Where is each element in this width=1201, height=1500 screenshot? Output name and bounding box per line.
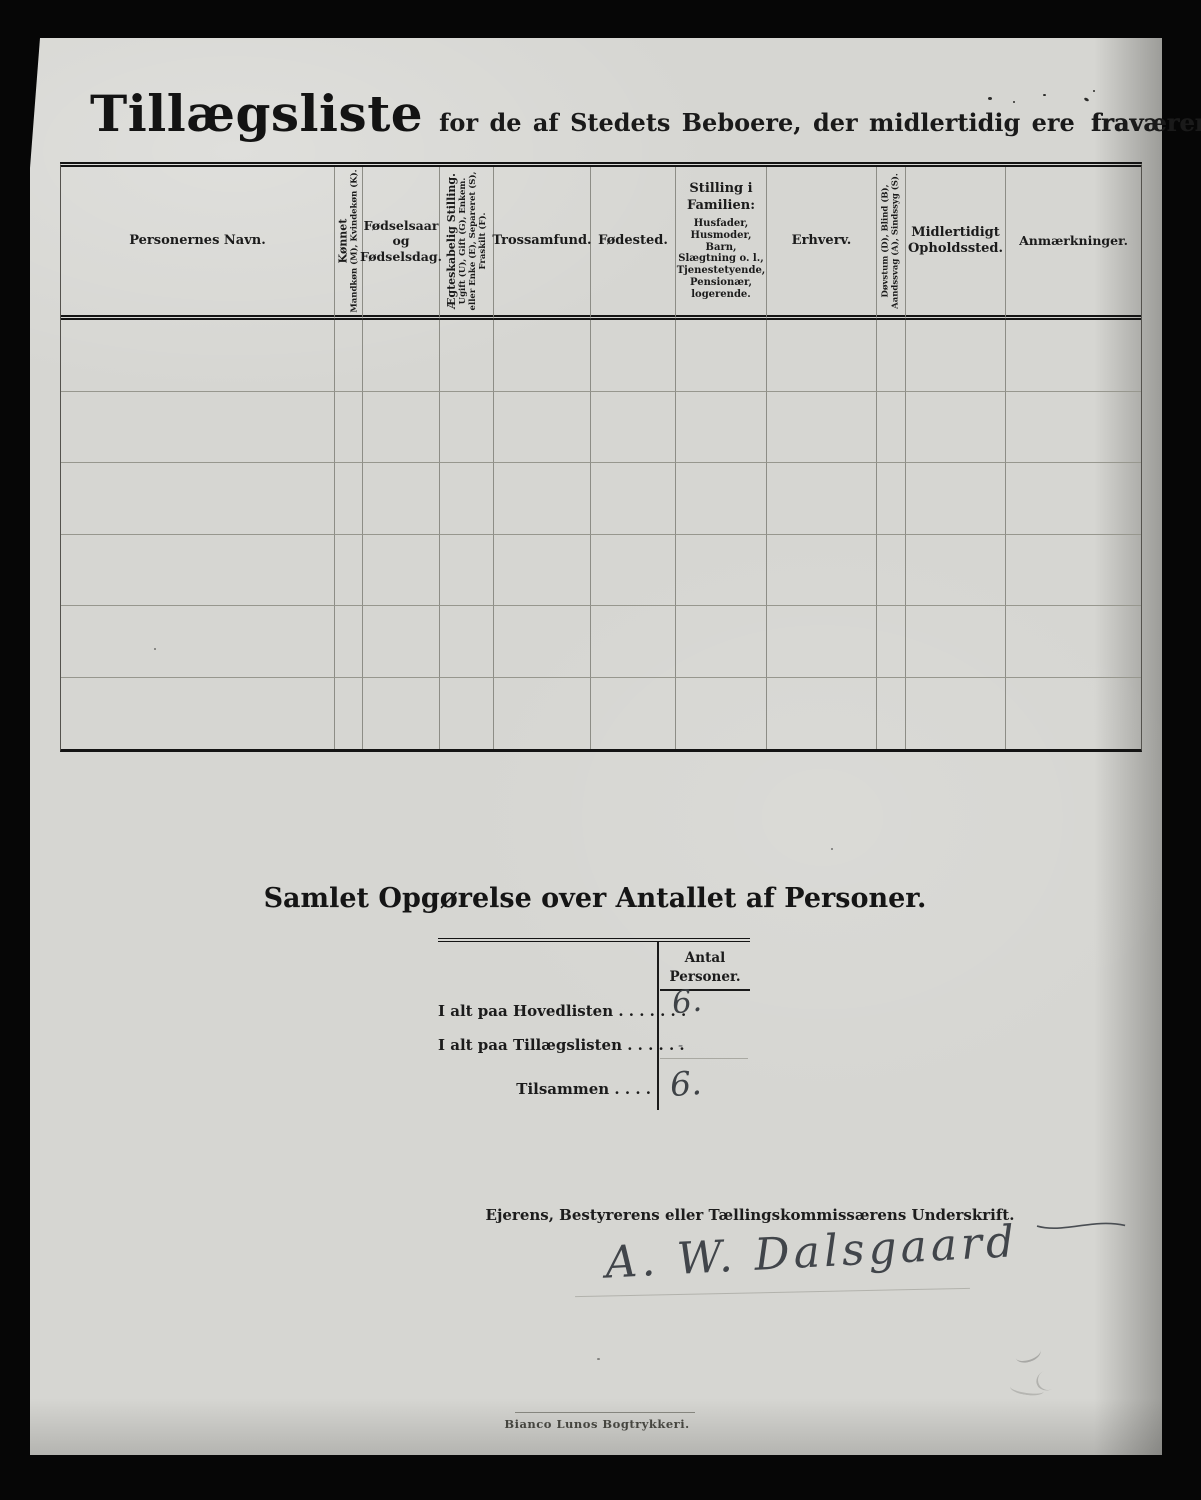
table-empty-cell [61, 606, 335, 678]
summary-subtotal-rule [660, 1058, 748, 1059]
table-empty-cell [335, 463, 363, 535]
table-empty-cell [440, 463, 494, 535]
table-empty-cell [767, 463, 877, 535]
table-empty-cell [1006, 535, 1141, 607]
table-empty-cell [591, 678, 676, 750]
col-header-label: Midlertidigt Opholdssted. [908, 225, 1003, 258]
col-header-sublabel: Døvstum (D), Blind (B), Aandssvag (A), S… [882, 167, 902, 315]
ink-speck [1043, 94, 1046, 96]
table-empty-cell [1006, 606, 1141, 678]
col-header-anmaerkninger: Anmærkninger. [1006, 167, 1141, 320]
col-header-foedselsaar: Fødselsaar og Fødselsdag. [363, 167, 440, 320]
table-empty-cell [767, 535, 877, 607]
col-header-midlertidigt-opholdssted: Midlertidigt Opholdssted. [906, 167, 1006, 320]
col-header-label: Kønnet [337, 219, 349, 264]
summary-row-label: Tilsammen . . . . [438, 1080, 657, 1098]
table-empty-cell [363, 678, 440, 750]
table-empty-cell [877, 463, 906, 535]
scan-corner-shadow [30, 38, 40, 168]
col-header-erhverv: Erhverv. [767, 167, 877, 320]
table-empty-cell [335, 606, 363, 678]
table-empty-cell [363, 320, 440, 392]
col-header-sublabel: Husfader, Husmoder, Barn, Slægtning o. l… [677, 218, 766, 301]
table-empty-cell [591, 320, 676, 392]
table-empty-cell [906, 535, 1006, 607]
col-header-stilling-i-familien: Stilling i Familien: Husfader, Husmoder,… [676, 167, 767, 320]
table-empty-cell [591, 606, 676, 678]
table-empty-cell [877, 535, 906, 607]
table-empty-cell [676, 535, 767, 607]
table-empty-cell [440, 392, 494, 464]
signature-flourish [1035, 1214, 1128, 1237]
table-empty-cell [591, 463, 676, 535]
table-empty-cell [335, 678, 363, 750]
page-title: Tillægsliste for de af Stedets Beboere, … [90, 84, 1120, 143]
table-empty-cell [494, 678, 591, 750]
table-empty-cell [877, 678, 906, 750]
vertical-text: Døvstum (D), Blind (B), Aandssvag (A), S… [881, 167, 902, 315]
signature-text: A. W. Dalsgaard [604, 1216, 1019, 1289]
table-empty-cell [877, 606, 906, 678]
summary-column-header: Antal Personer. [660, 949, 750, 987]
table-empty-cell [440, 535, 494, 607]
table-empty-cell [676, 463, 767, 535]
table-empty-cell [767, 678, 877, 750]
signature-baseline-rule [575, 1288, 970, 1297]
col-header-personernes-navn: Personernes Navn. [61, 167, 335, 320]
col-header-sublabel: Ugift (U), Gift (G), Enkem. eller Enke (… [458, 167, 487, 315]
table-empty-cell [335, 535, 363, 607]
table-empty-cell [767, 392, 877, 464]
vertical-text: Ægteskabelig Stilling. Ugift (U), Gift (… [445, 167, 487, 315]
table-empty-cell [906, 463, 1006, 535]
table-empty-cell [767, 606, 877, 678]
table-empty-cell [494, 463, 591, 535]
table-empty-cell [440, 320, 494, 392]
ink-speck [831, 848, 833, 850]
summary-row-label: I alt paa Hovedlisten . . . . . . . [438, 1002, 657, 1020]
table-empty-cell [906, 320, 1006, 392]
col-header-label: Trossamfund. [492, 233, 591, 249]
table-empty-cell [1006, 320, 1141, 392]
table-empty-cell [494, 535, 591, 607]
page-title-subtitle: for de af Stedets Beboere, der midlertid… [439, 108, 1075, 137]
table-empty-cell [363, 392, 440, 464]
col-header-label: Anmærkninger. [1019, 233, 1128, 249]
table-empty-cell [61, 678, 335, 750]
table-empty-cell [494, 392, 591, 464]
summary-column-header-line2: Personer. [669, 969, 740, 985]
table-empty-cell [1006, 463, 1141, 535]
scanned-census-form-page: Tillægsliste for de af Stedets Beboere, … [30, 38, 1162, 1455]
table-empty-cell [767, 320, 877, 392]
ink-speck [597, 1358, 600, 1360]
ink-speck [1093, 90, 1095, 92]
summary-divider-line [657, 942, 659, 1110]
table-empty-cell [1006, 678, 1141, 750]
table-empty-cell [440, 678, 494, 750]
summary-row-value-handwritten: 6. [669, 1063, 703, 1104]
table-empty-cell [494, 320, 591, 392]
table-empty-cell [591, 392, 676, 464]
col-header-label: Ægteskabelig Stilling. [445, 173, 457, 309]
ink-speck [1013, 101, 1015, 103]
col-header-label: Erhverv. [792, 233, 852, 249]
col-header-label: Personernes Navn. [129, 233, 266, 249]
pencil-mark [1013, 1342, 1043, 1365]
table-empty-cell [61, 463, 335, 535]
summary-table: Antal Personer. I alt paa Hovedlisten . … [438, 938, 750, 1110]
table-empty-cell [906, 678, 1006, 750]
col-header-label: Fødselsaar og Fødselsdag. [360, 218, 442, 265]
table-empty-cell [906, 606, 1006, 678]
summary-title: Samlet Opgørelse over Antallet af Person… [245, 883, 945, 914]
table-empty-cell [877, 392, 906, 464]
table-empty-cell [877, 320, 906, 392]
table-empty-cell [676, 392, 767, 464]
table-empty-cell [335, 320, 363, 392]
table-empty-cell [676, 606, 767, 678]
page-title-emphasis: fraværende. [1091, 108, 1201, 137]
table-empty-cell [591, 535, 676, 607]
col-header-sublabel: Mandkøn (M), Kvindekøn (K). [350, 169, 360, 312]
table-empty-cell [494, 606, 591, 678]
table-empty-cell [61, 535, 335, 607]
table-empty-cell [61, 392, 335, 464]
page-title-main: Tillægsliste [90, 84, 423, 143]
table-empty-cell [335, 392, 363, 464]
printer-rule [515, 1412, 695, 1413]
table-empty-cell [906, 392, 1006, 464]
summary-column-header-line1: Antal [685, 950, 725, 966]
col-header-aegteskabelig-stilling: Ægteskabelig Stilling. Ugift (U), Gift (… [440, 167, 494, 320]
col-header-trossamfund: Trossamfund. [494, 167, 591, 320]
ink-speck [988, 97, 992, 100]
col-header-doevstum-blind: Døvstum (D), Blind (B), Aandssvag (A), S… [877, 167, 906, 320]
census-table: Personernes Navn. Kønnet Mandkøn (M), Kv… [60, 162, 1142, 752]
table-empty-cell [1006, 392, 1141, 464]
summary-row-label: I alt paa Tillægslisten . . . . . . [438, 1036, 657, 1054]
table-empty-cell [676, 678, 767, 750]
ink-speck [154, 648, 156, 650]
col-header-label: Fødested. [598, 233, 668, 249]
summary-row-value-handwritten: 6. [670, 983, 703, 1022]
summary-row-value-handwritten: - [678, 1036, 683, 1054]
col-header-koennet: Kønnet Mandkøn (M), Kvindekøn (K). [335, 167, 363, 320]
table-empty-cell [61, 320, 335, 392]
printer-credit: Bianco Lunos Bogtrykkeri. [467, 1417, 727, 1431]
vertical-text: Kønnet Mandkøn (M), Kvindekøn (K). [337, 167, 360, 315]
col-header-foedested: Fødested. [591, 167, 676, 320]
table-empty-cell [676, 320, 767, 392]
table-empty-cell [363, 606, 440, 678]
col-header-label: Stilling i Familien: [678, 181, 764, 214]
table-empty-cell [440, 606, 494, 678]
table-empty-cell [363, 463, 440, 535]
table-empty-cell [363, 535, 440, 607]
